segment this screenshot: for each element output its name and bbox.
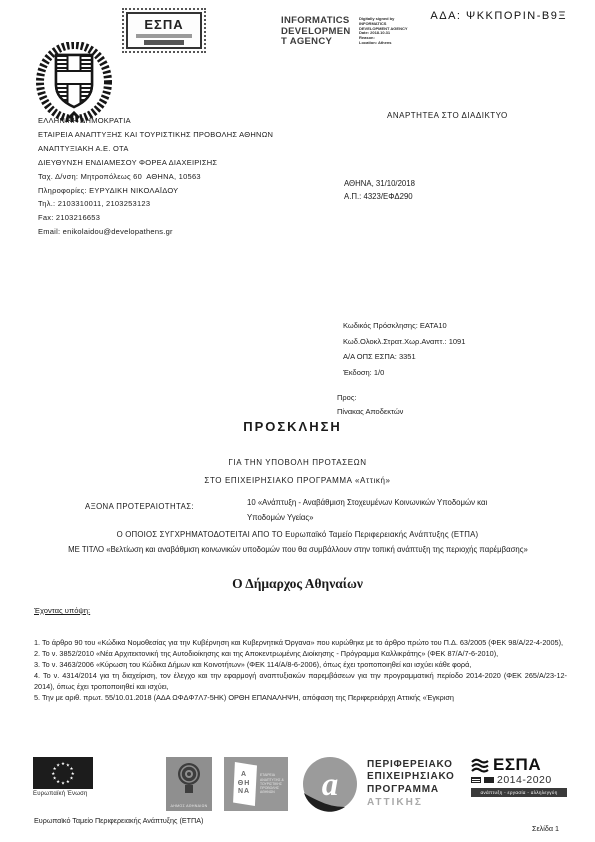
to-label: Προς:	[337, 391, 403, 405]
signature-detail-line: Location: Athens	[359, 41, 439, 46]
eu-flag-logo: ★★★ ★★★ ★★★ ★★★ Ευρωπαϊκή Ένωση	[33, 757, 95, 797]
pep-line-attikis: ΑΤΤΙΚΗΣ	[367, 797, 455, 810]
athens-letter-row: ΘΗ	[238, 780, 251, 789]
ops-espa-code: Α/Α ΟΠΣ ΕΣΠΑ: 3351	[343, 349, 465, 365]
espa-tagline: ανάπτυξη - εργασία - αλληλεγγύη	[471, 788, 567, 797]
city-date-protocol: ΑΘΗΝΑ, 31/10/2018 Α.Π.: 4323/ΕΦΔ290	[344, 177, 415, 203]
svg-text:★: ★	[69, 776, 73, 782]
attiki-program-text: ΠΕΡΙΦΕΡΕΙΑΚΟ ΕΠΙΧΕΙΡΗΣΙΑΚΟ ΠΡΟΓΡΑΜΜΑ ΑΤΤ…	[367, 759, 455, 809]
anartitea-label: ΑΝΑΡΤΗΤΕΑ ΣΤΟ ΔΙΑΔΙΚΤΥΟ	[387, 111, 508, 120]
sender-line-directorate: ΔΙΕΥΘΥΝΣΗ ΕΝΔΙΑΜΕΣΟΥ ΦΟΡΕΑ ΔΙΑΧΕΙΡΙΣΗΣ	[38, 156, 273, 170]
sender-line-republic: ΕΛΛΗΝΙΚΗ ΔΗΜΟΚΡΑΤΙΑ	[38, 114, 273, 128]
athens-letter-row: Α	[241, 771, 247, 780]
priority-axis-row: ΑΞΟΝΑ ΠΡΟΤΕΡΑΙΟΤΗΤΑΣ: 10 «Ανάπτυξη - Ανα…	[85, 496, 525, 525]
greek-coat-of-arms-icon	[33, 42, 115, 122]
eu-flag-chip-icon	[484, 777, 494, 783]
pep-line: ΕΠΙΧΕΙΡΗΣΙΑΚΟ	[367, 771, 455, 784]
signature-agency-line: INFORMATICS	[281, 16, 353, 27]
svg-text:★: ★	[61, 761, 65, 767]
espa-2014-2020-logo: ΕΣΠΑ 2014-2020 ανάπτυξη - εργασία - αλλη…	[471, 756, 567, 797]
sender-line-email: Email: enikolaidou@developathens.gr	[38, 225, 273, 239]
sender-line-address: Ταχ. Δ/νση: Μητροπόλεως 60 ΑΘΗΝΑ, 10563	[38, 170, 273, 184]
espa-logo-top: ΕΣΠΑ	[471, 756, 567, 773]
sender-line-company: ΕΤΑΙΡΕΙΑ ΑΝΑΠΤΥΞΗΣ ΚΑΙ ΤΟΥΡΙΣΤΙΚΗΣ ΠΡΟΒΟ…	[38, 128, 273, 142]
subtitle-submission: ΓΙΑ ΤΗΝ ΥΠΟΒΟΛΗ ΠΡΟΤΑΣΕΩΝ	[0, 458, 595, 467]
legal-note-1: 1. Το άρθρο 90 του «Κώδικα Νομοθεσίας γι…	[34, 638, 567, 649]
signature-details: Digitally signed by INFORMATICS DEVELOPM…	[359, 16, 439, 48]
protocol-number: Α.Π.: 4323/ΕΦΔ290	[344, 190, 415, 203]
athens-emblem-icon	[175, 760, 203, 796]
page-number: Σελίδα 1	[532, 824, 559, 833]
eu-flag-icon: ★★★ ★★★ ★★★ ★★★	[33, 757, 93, 789]
city-of-athens-logo: ΔΗΜΟΣ ΑΘΗΝΑΙΩΝ	[166, 757, 212, 811]
greek-flag-chip-icon	[471, 777, 481, 783]
codes-block: Κωδικός Πρόσκλησης: ΕΑΤΑ10 Κωδ.Ολοκλ.Στρ…	[343, 318, 465, 380]
signature-agency-name: INFORMATICS DEVELOPMEN T AGENCY	[281, 16, 353, 48]
document-title: ΠΡΟΣΚΛΗΣΗ	[0, 419, 585, 434]
svg-text:★: ★	[56, 762, 60, 768]
version-number: Έκδοση: 1/0	[343, 365, 465, 381]
espa-stamp-label: ΕΣΠΑ	[144, 17, 183, 32]
cofinance-line: Ο ΟΠΟΙΟΣ ΣΥΓΧΡΗΜΑΤΟΔΟΤΕΙΤΑΙ ΑΠΟ ΤΟ Ευρωπ…	[0, 530, 595, 539]
espa-years: 2014-2020	[497, 774, 552, 786]
priority-axis-value: 10 «Ανάπτυξη - Αναβάθμιση Στοχευμένων Κο…	[247, 496, 525, 525]
city-of-athens-label: ΔΗΜΟΣ ΑΘΗΝΑΙΩΝ	[171, 804, 208, 808]
pep-line: ΠΡΟΓΡΑΜΜΑ	[367, 784, 455, 797]
espa-stamp-smudge2	[144, 40, 184, 45]
espa-word: ΕΣΠΑ	[493, 756, 541, 773]
to-value: Πίνακας Αποδεκτών	[337, 405, 403, 419]
etpa-footer-line: Ευρωπαϊκό Ταμείο Περιφερειακής Ανάπτυξης…	[34, 816, 203, 825]
espa-stamp-smudge	[136, 34, 192, 38]
svg-text:★: ★	[69, 766, 73, 772]
legal-note-5: 5. Την με αριθ. πρωτ. 55/10.01.2018 (ΑΔΑ…	[34, 693, 567, 704]
city-date: ΑΘΗΝΑ, 31/10/2018	[344, 177, 415, 190]
espa-stamp-inner: ΕΣΠΑ	[126, 12, 202, 49]
having-regard-label: Έχοντας υπόψη:	[34, 606, 90, 615]
espa-stamp-icon: ΕΣΠΑ	[122, 8, 206, 53]
legal-notes-list: 1. Το άρθρο 90 του «Κώδικα Νομοθεσίας γι…	[34, 638, 567, 703]
svg-text:★: ★	[66, 779, 70, 785]
recipients-block: Προς: Πίνακας Αποδεκτών	[337, 391, 403, 418]
invitation-code: Κωδικός Πρόσκλησης: ΕΑΤΑ10	[343, 318, 465, 334]
signature-agency-line: T AGENCY	[281, 37, 353, 48]
athens-logo-subtext: ΕΤΑΙΡΕΙΑ ΑΝΑΠΤΥΞΗΣ & ΤΟΥΡΙΣΤΙΚΗΣ ΠΡΟΒΟΛΗ…	[260, 773, 286, 794]
document-page: ΕΣΠΑ INFORMATICS DEVELOPMEN T AGENCY Dig…	[0, 0, 595, 842]
eu-caption: Ευρωπαϊκή Ένωση	[33, 791, 95, 797]
sender-line-fax: Fax: 2103216653	[38, 211, 273, 225]
espa-logo-mid: 2014-2020	[471, 774, 567, 786]
sender-line-phone: Τηλ.: 2103310011, 2103253123	[38, 197, 273, 211]
digital-signature-block: INFORMATICS DEVELOPMEN T AGENCY Digitall…	[281, 16, 439, 48]
priority-axis-label: ΑΞΟΝΑ ΠΡΟΤΕΡΑΙΟΤΗΤΑΣ:	[85, 496, 247, 525]
athens-logo-shape: Α ΘΗ ΝΑ	[231, 762, 257, 806]
mayor-heading: Ο Δήμαρχος Αθηναίων	[0, 576, 595, 592]
svg-text:★: ★	[61, 781, 65, 787]
ada-code: ΑΔΑ: ΨΚΚΠΟΡΙΝ-Β9Ξ	[430, 10, 567, 22]
attiki-swirl-icon: a	[301, 755, 359, 813]
svg-text:a: a	[322, 767, 339, 803]
sender-line-type: ΑΝΑΠΤΥΞΙΑΚΗ Α.Ε. ΟΤΑ	[38, 142, 273, 156]
strategy-code: Κωδ.Ολοκλ.Στρατ.Χωρ.Αναπτ.: 1091	[343, 334, 465, 350]
pep-line: ΠΕΡΙΦΕΡΕΙΑΚΟ	[367, 759, 455, 772]
subtitle-program: ΣΤΟ ΕΠΙΧΕΙΡΗΣΙΑΚΟ ΠΡΟΓΡΑΜΜΑ «Αττική»	[0, 476, 595, 485]
legal-note-4: 4. Το ν. 4314/2014 για τη διαχείριση, το…	[34, 671, 567, 693]
regional-program-attiki-logo: a ΠΕΡΙΦΕΡΕΙΑΚΟ ΕΠΙΧΕΙΡΗΣΙΑΚΟ ΠΡΟΓΡΑΜΜΑ Α…	[301, 755, 455, 813]
sender-block: ΕΛΛΗΝΙΚΗ ΔΗΜΟΚΡΑΤΙΑ ΕΤΑΙΡΕΙΑ ΑΝΑΠΤΥΞΗΣ Κ…	[38, 114, 273, 239]
title-line: ΜΕ ΤΙΤΛΟ «Βελτίωση και αναβάθμιση κοινων…	[28, 544, 568, 557]
legal-note-2: 2. Το ν. 3852/2010 «Νέα Αρχιτεκτονική τη…	[34, 649, 567, 660]
svg-text:★: ★	[56, 779, 60, 785]
legal-note-3: 3. Το ν. 3463/2006 «Κύρωση του Κώδικα Δή…	[34, 660, 567, 671]
sender-line-contact: Πληροφορίες: ΕΥΡΥΔΙΚΗ ΝΙΚΟΛΑΪΔΟΥ	[38, 184, 273, 198]
athens-letter-row: ΝΑ	[238, 788, 250, 797]
athens-development-company-logo: Α ΘΗ ΝΑ ΕΤΑΙΡΕΙΑ ΑΝΑΠΤΥΞΗΣ & ΤΟΥΡΙΣΤΙΚΗΣ…	[224, 757, 288, 811]
espa-waves-icon	[471, 758, 490, 773]
